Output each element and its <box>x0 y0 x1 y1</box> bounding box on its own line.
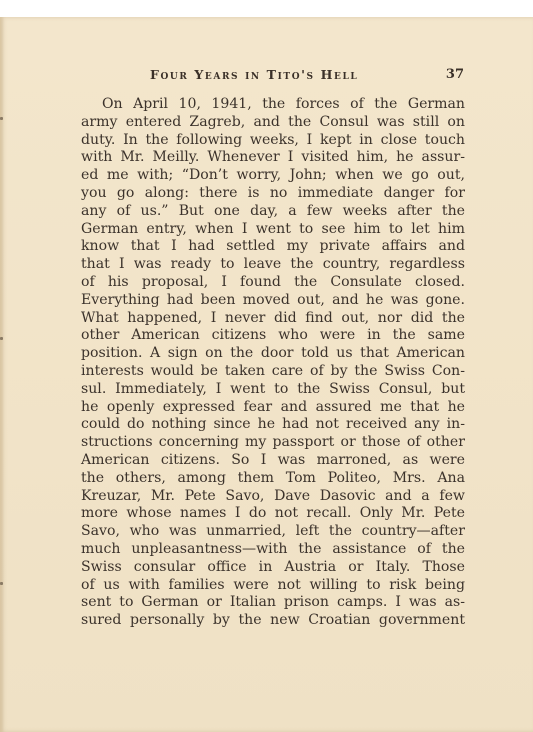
text-line: more whose names I do not recall. Only M… <box>81 505 465 523</box>
text-line: know that I had settled my private affai… <box>81 238 465 256</box>
text-line: sent to German or Italian prison camps. … <box>81 594 465 612</box>
binding-mark <box>0 337 3 340</box>
text-line: you go along: there is no immediate dang… <box>81 185 465 203</box>
text-line: Swiss consular office in Austria or Ital… <box>81 559 465 577</box>
text-line: of us with families were not willing to … <box>81 577 465 595</box>
text-line: sul. Immediately, I went to the Swiss Co… <box>81 381 465 399</box>
text-line: that I was ready to leave the country, r… <box>81 256 465 274</box>
body-paragraph: On April 10, 1941, the forces of the Ger… <box>81 96 465 630</box>
text-line: On April 10, 1941, the forces of the Ger… <box>81 96 465 114</box>
binding-mark <box>0 117 3 120</box>
running-title: Four Years in Tito's Hell <box>150 67 358 82</box>
text-line: much unpleasantness—with the assistance … <box>81 541 465 559</box>
text-line: army entered Zagreb, and the Consul was … <box>81 114 465 132</box>
text-line: duty. In the following weeks, I kept in … <box>81 132 465 150</box>
text-line: he openly expressed fear and assured me … <box>81 399 465 417</box>
text-line: with Mr. Meilly. Whenever I visited him,… <box>81 149 465 167</box>
text-line: interests would be taken care of by the … <box>81 363 465 381</box>
text-line: the others, among them Tom Politeo, Mrs.… <box>81 470 465 488</box>
binding-mark <box>0 582 3 585</box>
running-head: Four Years in Tito's Hell 37 <box>150 67 464 83</box>
text-line: of his proposal, I found the Consulate c… <box>81 274 465 292</box>
text-line: German entry, when I went to see him to … <box>81 221 465 239</box>
text-line: Everything had been moved out, and he wa… <box>81 292 465 310</box>
text-line: sured personally by the new Croatian gov… <box>81 612 465 630</box>
book-page: Four Years in Tito's Hell 37 On April 10… <box>0 17 533 732</box>
text-line: ed me with; “Don’t worry, John; when we … <box>81 167 465 185</box>
text-line: Savo, who was unmarried, left the countr… <box>81 523 465 541</box>
text-line: Kreuzar, Mr. Pete Savo, Dave Dasovic and… <box>81 488 465 506</box>
text-line: What happened, I never did find out, nor… <box>81 310 465 328</box>
text-line: structions concerning my passport or tho… <box>81 434 465 452</box>
text-line: any of us.” But one day, a few weeks aft… <box>81 203 465 221</box>
text-line: could do nothing since he had not receiv… <box>81 416 465 434</box>
text-line: American citizens. So I was marroned, as… <box>81 452 465 470</box>
page-number: 37 <box>446 67 464 82</box>
text-line: other American citizens who were in the … <box>81 327 465 345</box>
text-line: position. A sign on the door told us tha… <box>81 345 465 363</box>
